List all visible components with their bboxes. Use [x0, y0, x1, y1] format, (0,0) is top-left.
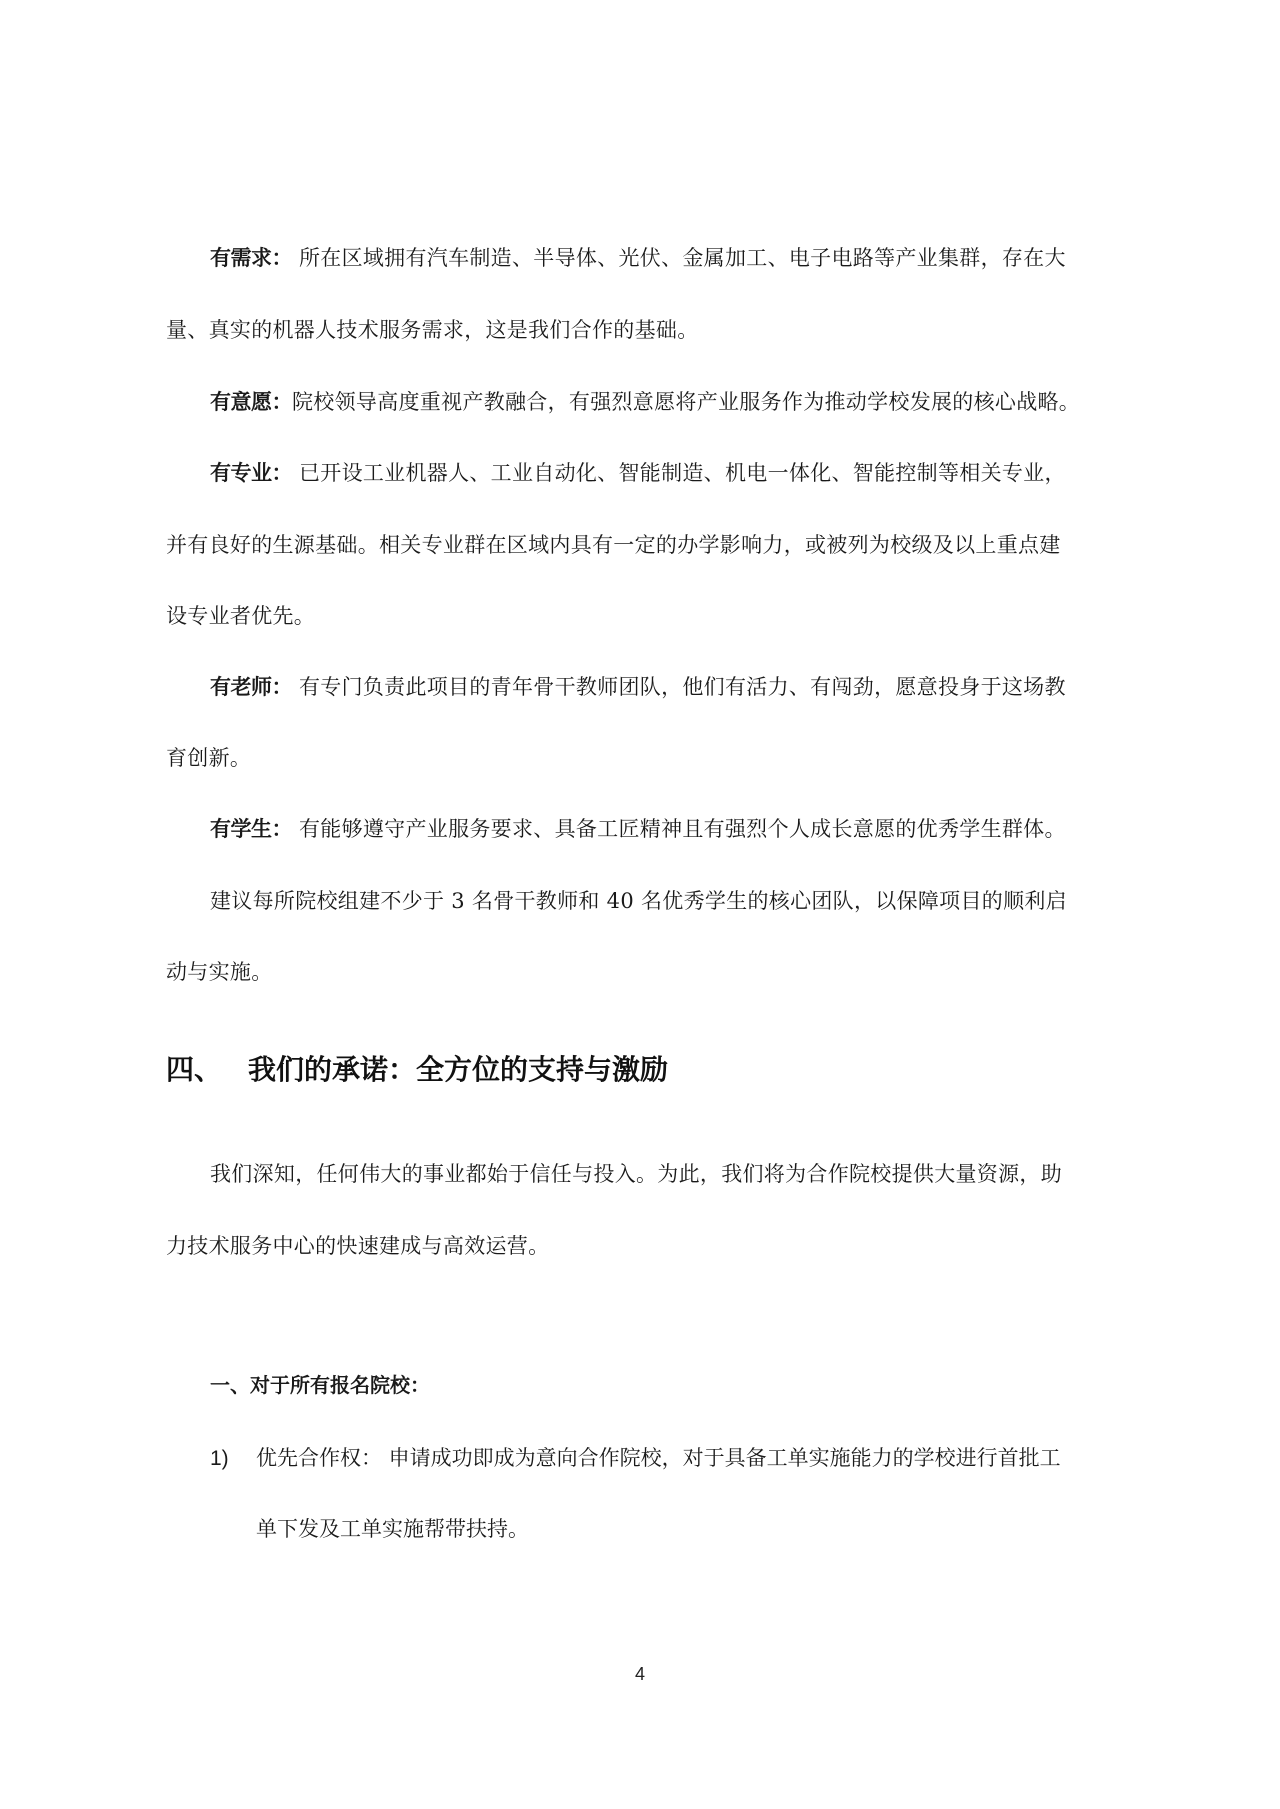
- paragraph-teachers: 有老师： 有专门负责此项目的青年骨干教师团队，他们有活力、有闯劲，愿意投身于这场…: [210, 673, 1066, 701]
- major-text-2: 并有良好的生源基础。相关专业群在区域内具有一定的办学影响力，或被列为校级及以上重…: [166, 531, 1061, 559]
- major-text-3: 设专业者优先。: [166, 602, 315, 630]
- demand-text-2: 量、真实的机器人技术服务需求，这是我们合作的基础。: [166, 316, 699, 344]
- suggestion-text-1: 建议每所院校组建不少于 3 名骨干教师和 40 名优秀学生的核心团队，以保障项目…: [210, 887, 1067, 915]
- demand-label: 有需求：: [210, 246, 292, 270]
- paragraph-demand: 有需求： 所在区域拥有汽车制造、半导体、光伏、金属加工、电子电路等产业集群，存在…: [210, 244, 1066, 272]
- students-text-1: 有能够遵守产业服务要求、具备工匠精神且有强烈个人成长意愿的优秀学生群体。: [292, 817, 1066, 841]
- section-heading: 四、我们的承诺：全方位的支持与激励: [166, 1052, 668, 1088]
- paragraph-students: 有学生： 有能够遵守产业服务要求、具备工匠精神且有强烈个人成长意愿的优秀学生群体…: [210, 815, 1066, 843]
- suggestion-text-2: 动与实施。: [166, 958, 273, 986]
- paragraph-willingness: 有意愿：院校领导高度重视产教融合，有强烈意愿将产业服务作为推动学校发展的核心战略…: [210, 388, 1080, 416]
- willingness-text-1: 院校领导高度重视产教融合，有强烈意愿将产业服务作为推动学校发展的核心战略。: [292, 390, 1080, 414]
- list-item-text-1: 优先合作权： 申请成功即成为意向合作院校，对于具备工单实施能力的学校进行首批工: [256, 1446, 1061, 1470]
- document-page: 有需求： 所在区域拥有汽车制造、半导体、光伏、金属加工、电子电路等产业集群，存在…: [0, 0, 1280, 1809]
- list-marker: 1): [210, 1445, 256, 1473]
- students-label: 有学生：: [210, 817, 292, 841]
- section-title: 我们的承诺：全方位的支持与激励: [248, 1053, 668, 1086]
- section-intro-2: 力技术服务中心的快速建成与高效运营。: [166, 1232, 549, 1260]
- major-text-1: 已开设工业机器人、工业自动化、智能制造、机电一体化、智能控制等相关专业，: [292, 461, 1066, 485]
- section-intro-1: 我们深知，任何伟大的事业都始于信任与投入。为此，我们将为合作院校提供大量资源，助: [210, 1160, 1062, 1188]
- teachers-text-2: 育创新。: [166, 744, 251, 772]
- section-number: 四、: [166, 1053, 222, 1086]
- teachers-text-1: 有专门负责此项目的青年骨干教师团队，他们有活力、有闯劲，愿意投身于这场教: [292, 675, 1066, 699]
- list-item-text-2: 单下发及工单实施帮带扶持。: [256, 1515, 529, 1543]
- major-label: 有专业：: [210, 461, 292, 485]
- subsection-title: 一、对于所有报名院校：: [210, 1371, 430, 1399]
- demand-text-1: 所在区域拥有汽车制造、半导体、光伏、金属加工、电子电路等产业集群，存在大: [292, 246, 1066, 270]
- teachers-label: 有老师：: [210, 675, 292, 699]
- willingness-label: 有意愿：: [210, 390, 292, 414]
- list-item: 1)优先合作权： 申请成功即成为意向合作院校，对于具备工单实施能力的学校进行首批…: [210, 1444, 1061, 1473]
- paragraph-major: 有专业： 已开设工业机器人、工业自动化、智能制造、机电一体化、智能控制等相关专业…: [210, 459, 1066, 487]
- page-number: 4: [0, 1664, 1280, 1685]
